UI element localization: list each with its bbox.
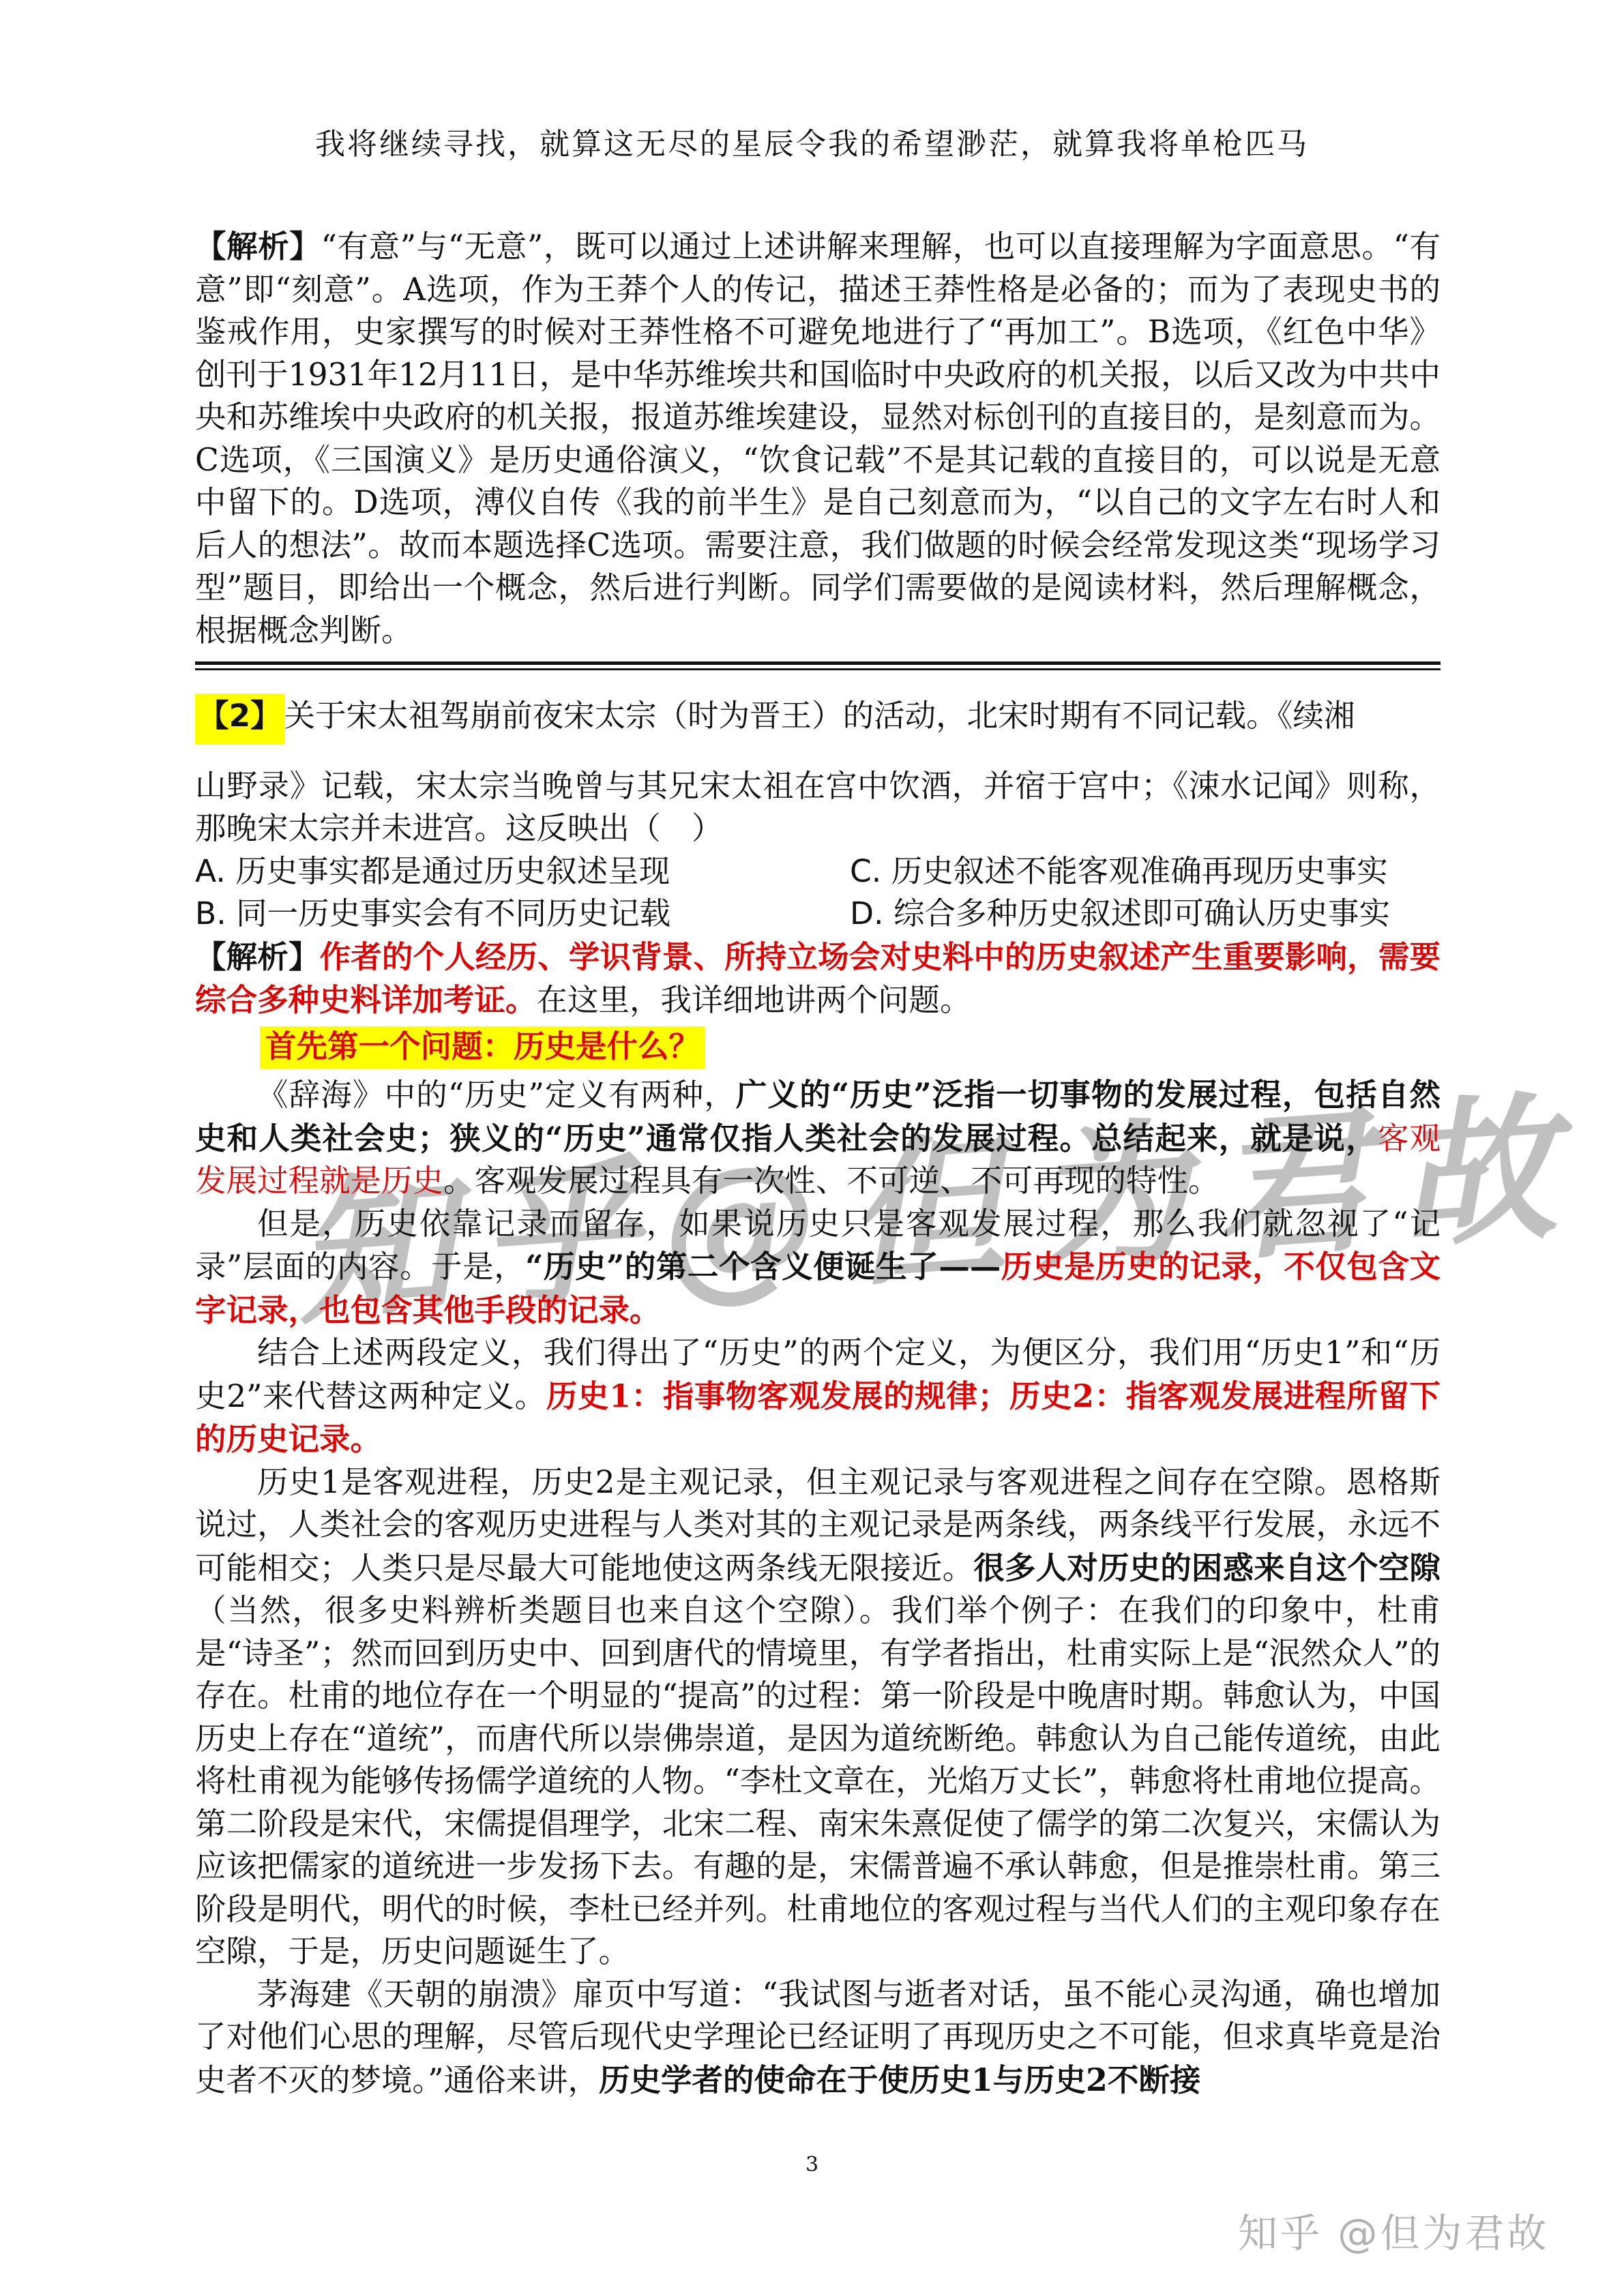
question-2-stem-start: 关于宋太祖驾崩前夜宋太宗（时为晋王）的活动，北宋时期有不同记载。《续湘	[284, 698, 1355, 734]
question-2-line1: 【2】关于宋太祖驾崩前夜宋太宗（时为晋王）的活动，北宋时期有不同记载。《续湘	[195, 695, 1441, 738]
paragraph-two-definitions: 结合上述两段定义，我们得出了“历史”的两个定义，为便区分，我们用“历史1”和“历…	[195, 1332, 1441, 1461]
question-2-line2: 山野录》记载，宋太宗当晚曾与其兄宋太祖在宫中饮酒，并宿于宫中；《涑水记闻》则称，…	[195, 765, 1441, 850]
zhihu-brand-watermark: 知乎 @但为君故	[1238, 2201, 1549, 2258]
option-a[interactable]: A. 历史事实都是通过历史叙述呈现	[195, 850, 850, 893]
option-c[interactable]: C. 历史叙述不能客观准确再现历史事实	[850, 850, 1441, 893]
section-divider	[195, 661, 1441, 670]
analysis-2-intro: 【解析】作者的个人经历、学识背景、所持立场会对史料中的历史叙述产生重要影响，需要…	[195, 936, 1441, 1022]
option-d[interactable]: D. 综合多种历史叙述即可确认历史事实	[850, 893, 1441, 936]
analysis-1-text: “有意”与“无意”，既可以通过上述讲解来理解，也可以直接理解为字面意思。“有意”…	[195, 228, 1441, 648]
answer-options: A. 历史事实都是通过历史叙述呈现 C. 历史叙述不能客观准确再现历史事实 B.…	[195, 850, 1441, 936]
option-b[interactable]: B. 同一历史事实会有不同历史记载	[195, 893, 850, 936]
analysis-2-tail: 在这里，我详细地讲两个问题。	[537, 982, 971, 1018]
paragraph-record: 但是，历史依靠记录而留存，如果说历史只是客观发展过程，那么我们就忽视了“记录”层…	[195, 1203, 1441, 1332]
subheading-wrap: 首先第一个问题：历史是什么？	[260, 1025, 1441, 1069]
paragraph-mao-haijian: 茅海建《天朝的崩溃》扉页中写道：“我试图与逝者对话，虽不能心灵沟通，确也增加了对…	[195, 1973, 1441, 2102]
page-header-motto: 我将继续寻找，就算这无尽的星辰令我的希望渺茫，就算我将单枪匹马	[0, 119, 1624, 163]
analysis-label: 【解析】	[195, 938, 320, 975]
paragraph-gap-dufu: 历史1是客观进程，历史2是主观记录，但主观记录与客观进程之间存在空隙。恩格斯说过…	[195, 1461, 1441, 1973]
paragraph-cihai: 《辞海》中的“历史”定义有两种，广义的“历史”泛指一切事物的发展过程，包括自然史…	[195, 1073, 1441, 1203]
analysis-1: 【解析】“有意”与“无意”，既可以通过上述讲解来理解，也可以直接理解为字面意思。…	[195, 225, 1441, 652]
document-body: 【解析】“有意”与“无意”，既可以通过上述讲解来理解，也可以直接理解为字面意思。…	[195, 225, 1441, 2102]
analysis-label: 【解析】	[195, 228, 321, 265]
question-number-badge: 【2】	[195, 694, 284, 745]
subheading-what-is-history: 首先第一个问题：历史是什么？	[260, 1026, 705, 1069]
page-number: 3	[0, 2153, 1624, 2177]
